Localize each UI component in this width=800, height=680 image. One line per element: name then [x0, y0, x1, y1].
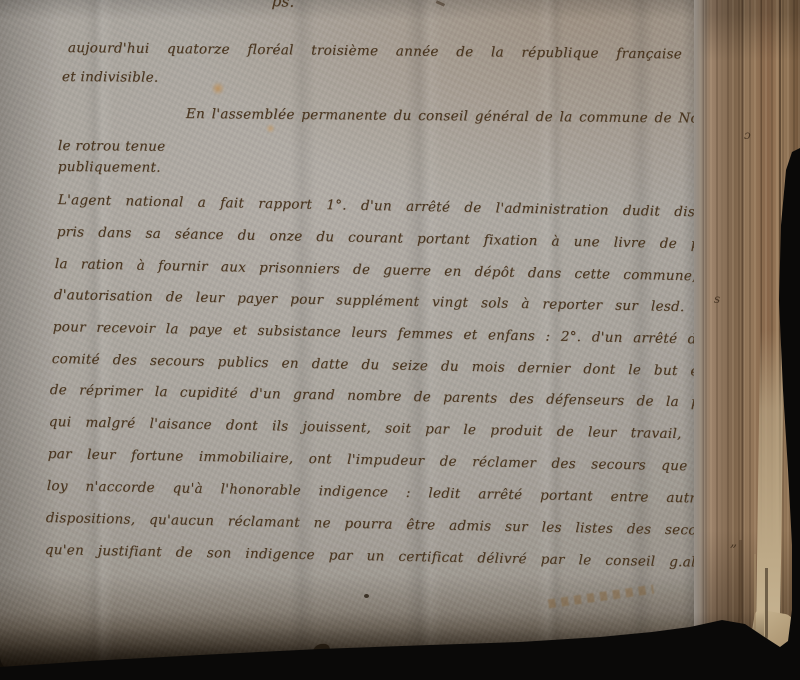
photo-frame: ps. aujourd'hui quatorze floréal troisiè…: [0, 0, 800, 680]
manuscript-page: ps. aujourd'hui quatorze floréal troisiè…: [0, 0, 730, 668]
margin-ink-mark: ɔ: [744, 128, 751, 142]
manuscript-line: le rotrou tenue publiquement.: [58, 136, 258, 179]
ink-speck: [364, 594, 369, 598]
manuscript-top-fragment: ps.: [271, 0, 295, 13]
manuscript-line: et indivisible.: [62, 67, 232, 89]
margin-ink-mark: „: [730, 534, 737, 550]
margin-ink-mark: s: [714, 292, 720, 306]
